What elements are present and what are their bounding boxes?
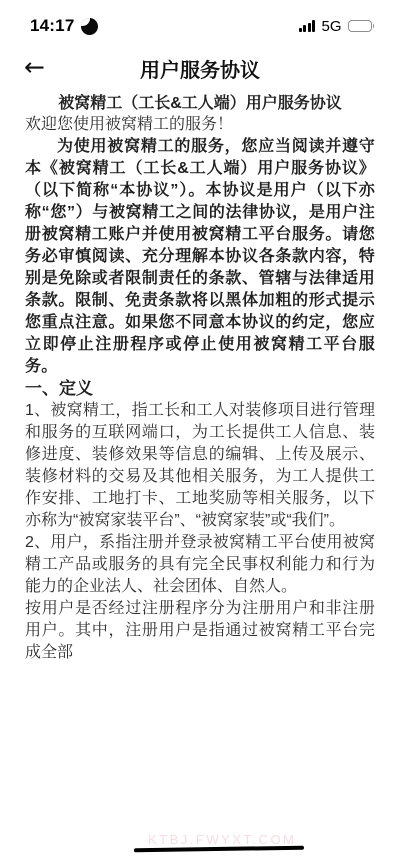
cellular-signal-icon bbox=[299, 20, 316, 32]
do-not-disturb-moon-icon bbox=[81, 18, 98, 35]
back-button[interactable]: ← bbox=[20, 52, 49, 81]
agreement-content: 被窝精工（工长&工人端）用户服务协议 欢迎您使用被窝精工的服务！ 为使用被窝精工… bbox=[0, 94, 400, 664]
definition-paragraph-1: 1、被窝精工，指工长和工人对装修项目进行管理和服务的互联网端口，为工长提供工人信… bbox=[25, 400, 375, 532]
status-time: 14:17 bbox=[30, 16, 74, 36]
watermark-text: KTBJ.FWYXT.COM bbox=[148, 832, 388, 847]
section-1-heading: 一、定义 bbox=[25, 378, 375, 400]
welcome-paragraph: 欢迎您使用被窝精工的服务！ bbox=[25, 114, 375, 136]
status-bar-left: 14:17 bbox=[30, 16, 98, 36]
intro-paragraph: 为使用被窝精工的服务，您应当阅读并遵守本《被窝精工（工长&工人端）用户服务协议》… bbox=[25, 136, 375, 378]
status-bar: 14:17 5G bbox=[0, 0, 400, 42]
page-title: 用户服务协议 bbox=[140, 54, 260, 83]
definition-paragraph-3: 按用户是否经过注册程序分为注册用户和非注册用户。其中，注册用户是指通过被窝精工平… bbox=[25, 598, 375, 664]
network-type-label: 5G bbox=[321, 18, 341, 35]
status-bar-right: 5G bbox=[299, 18, 374, 35]
battery-icon bbox=[348, 20, 375, 32]
agreement-title: 被窝精工（工长&工人端）用户服务协议 bbox=[25, 94, 375, 114]
definition-paragraph-2: 2、用户，系指注册并登录被窝精工平台使用被窝精工产品或服务的具有完全民事权利能力… bbox=[25, 532, 375, 598]
nav-bar: ← 用户服务协议 bbox=[0, 42, 400, 94]
strike-line-mark bbox=[134, 846, 304, 853]
